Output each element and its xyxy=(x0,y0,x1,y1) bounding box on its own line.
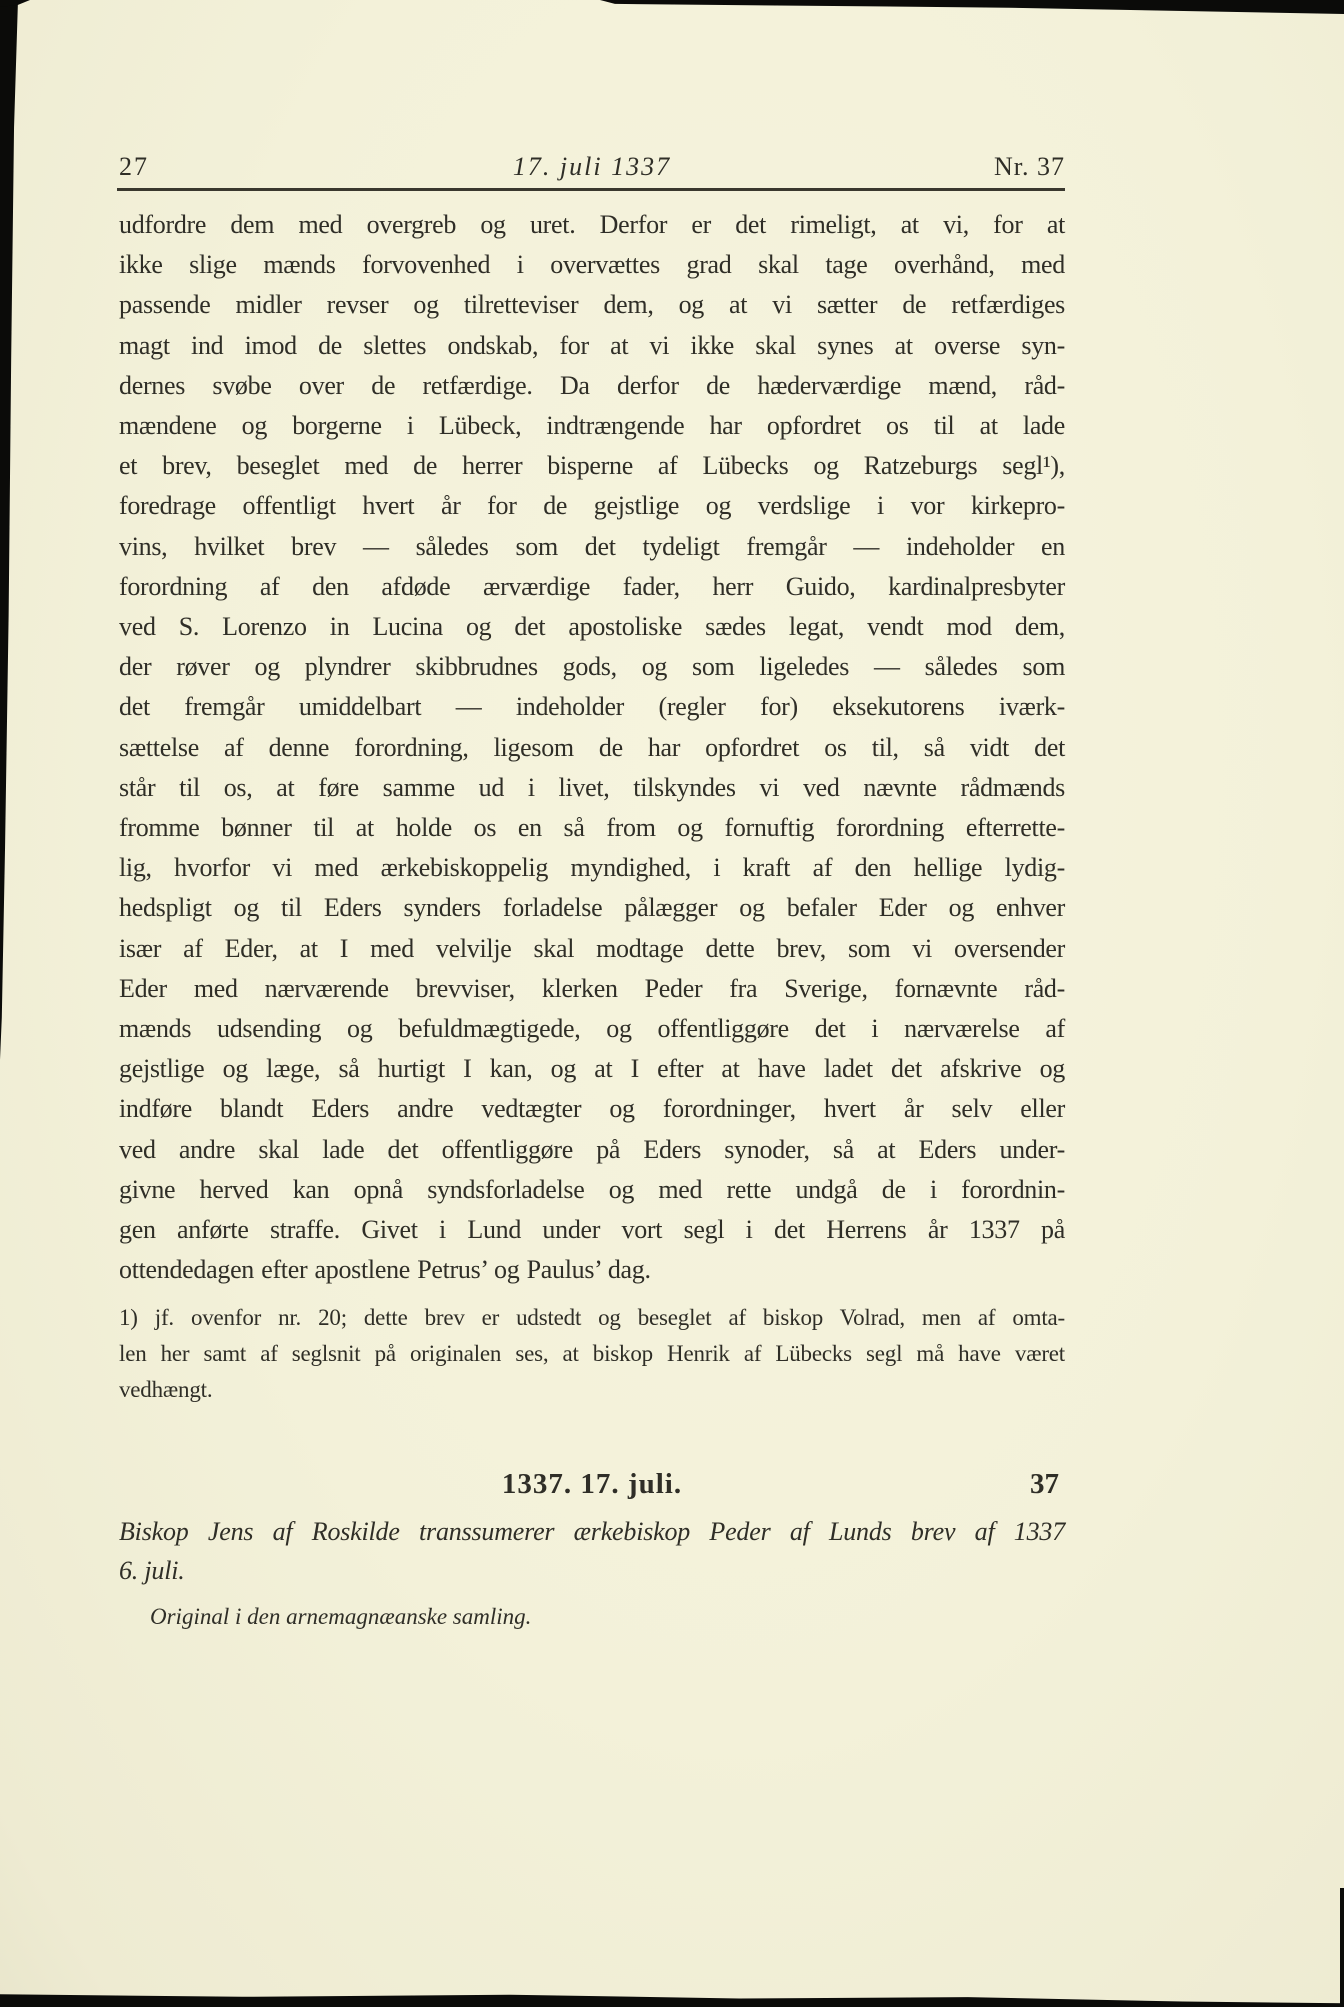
body-line: forordning af den afdøde ærværdige fader… xyxy=(119,567,1065,607)
body-line: der røver og plyndrer skibbrudnes gods, … xyxy=(119,647,1065,687)
body-line: et brev, beseglet med de herrer bisperne… xyxy=(119,446,1065,486)
body-line: dernes svøbe over de retfærdige. Da derf… xyxy=(119,366,1065,406)
body-line: vins, hvilket brev — således som det tyd… xyxy=(119,527,1065,567)
entry-source: Original i den arnemagnæanske samling. xyxy=(119,1604,1096,1630)
footnote-line: 1) jf. ovenfor nr. 20; dette brev er uds… xyxy=(119,1300,1065,1336)
entry-heading-date: 1337. 17. juli. xyxy=(119,1466,1065,1502)
body-line: gejstlige og læge, så hurtigt I kan, og … xyxy=(119,1049,1065,1089)
body-line: hedspligt og til Eders synders forladels… xyxy=(119,888,1065,928)
footnote-line: vedhængt. xyxy=(119,1372,1065,1408)
footnote-line: len her samt af seglsnit på originalen s… xyxy=(119,1336,1065,1372)
body-line: udfordre dem med overgreb og uret. Derfo… xyxy=(119,205,1065,245)
running-title: 17. juli 1337 xyxy=(119,150,1065,184)
body-line: Eder med nærværende brevviser, klerken P… xyxy=(119,969,1065,1009)
entry-number-header: Nr. 37 xyxy=(994,150,1065,184)
header-rule xyxy=(117,188,1065,191)
body-line: lig, hvorfor vi med ærkebiskoppelig mynd… xyxy=(119,848,1065,888)
body-line: sættelse af denne forordning, ligesom de… xyxy=(119,728,1065,768)
entry-heading-number: 37 xyxy=(1030,1466,1059,1502)
body-line: mændene og borgerne i Lübeck, indtrængen… xyxy=(119,406,1065,446)
body-line: især af Eder, at I med velvilje skal mod… xyxy=(119,929,1065,969)
entry-heading: 1337. 17. juli. 37 xyxy=(119,1466,1065,1502)
scan-artifact-left-edge xyxy=(0,0,18,1060)
body-line: det fremgår umiddelbart — indeholder (re… xyxy=(119,687,1065,727)
body-line: ottendedagen efter apostlene Petrus’ og … xyxy=(119,1250,1065,1290)
body-line: ved S. Lorenzo in Lucina og det apostoli… xyxy=(119,607,1065,647)
body-line: givne herved kan opnå syndsforladelse og… xyxy=(119,1170,1065,1210)
body-line: foredrage offentligt hvert år for de gej… xyxy=(119,486,1065,526)
body-line: gen anførte straffe. Givet i Lund under … xyxy=(119,1210,1065,1250)
body-line: fromme bønner til at holde os en så from… xyxy=(119,808,1065,848)
body-line: passende midler revser og tilretteviser … xyxy=(119,285,1065,325)
body-text: udfordre dem med overgreb og uret. Derfo… xyxy=(119,205,1065,1290)
entry-summary-line: Biskop Jens af Roskilde transsumerer ærk… xyxy=(119,1512,1065,1551)
entry-summary-line: 6. juli. xyxy=(119,1551,1065,1590)
body-line: indføre blandt Eders andre vedtægter og … xyxy=(119,1089,1065,1129)
body-line: magt ind imod de slettes ondskab, for at… xyxy=(119,326,1065,366)
scanned-book-page: 27 17. juli 1337 Nr. 37 udfordre dem med… xyxy=(0,0,1344,2007)
body-line: ikke slige mænds forvovenhed i overvætte… xyxy=(119,245,1065,285)
page-header: 27 17. juli 1337 Nr. 37 xyxy=(119,150,1065,184)
body-line: står til os, at føre samme ud i livet, t… xyxy=(119,768,1065,808)
body-line: ved andre skal lade det offentliggøre på… xyxy=(119,1130,1065,1170)
footnote: 1) jf. ovenfor nr. 20; dette brev er uds… xyxy=(119,1300,1065,1408)
scan-artifact-top-edge xyxy=(600,0,1344,14)
body-line: mænds udsending og befuldmægtigede, og o… xyxy=(119,1009,1065,1049)
scan-artifact-bottom-edge xyxy=(0,1990,1344,2007)
scan-artifact-right-edge xyxy=(1340,1888,1344,2007)
entry-summary: Biskop Jens af Roskilde transsumerer ærk… xyxy=(119,1512,1065,1590)
